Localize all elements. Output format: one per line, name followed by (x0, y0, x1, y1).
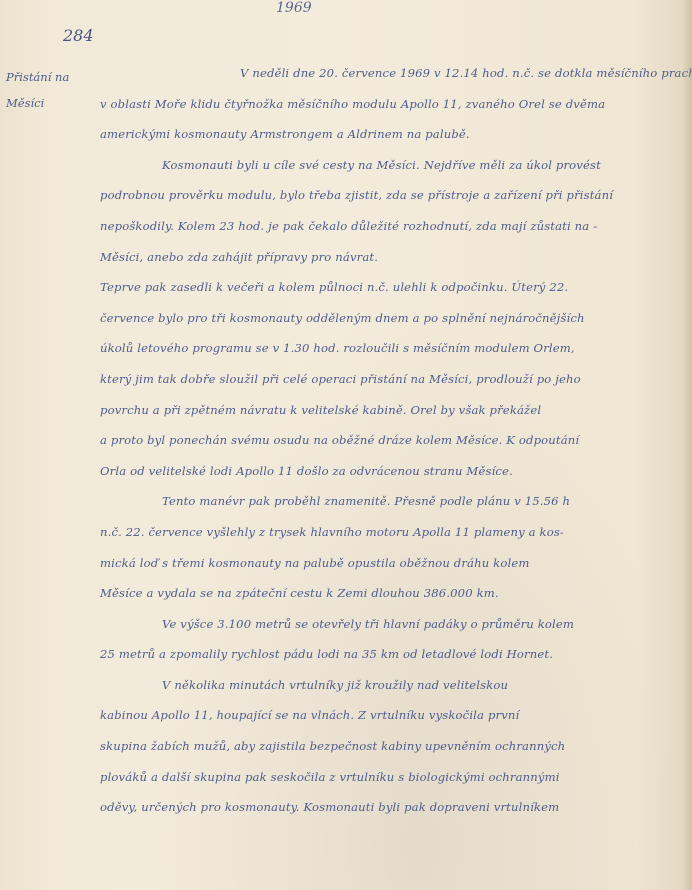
text-line: v oblasti Moře klidu čtyřnožka měsíčního… (100, 89, 680, 120)
text-line: nepoškodily. Kolem 23 hod. je pak čekalo… (100, 211, 680, 242)
text-line: americkými kosmonauty Armstrongem a Aldr… (100, 119, 680, 150)
text-line: mická loď s třemi kosmonauty na palubě o… (100, 548, 680, 579)
text-line: V několika minutách vrtulníky již krouži… (100, 670, 680, 701)
text-line: Kosmonauti byli u cíle své cesty na Měsí… (100, 150, 680, 181)
text-line: V neděli dne 20. července 1969 v 12.14 h… (100, 58, 680, 89)
text-line: Měsíce a vydala se na zpáteční cestu k Z… (100, 578, 680, 609)
page-number: 284 (63, 26, 94, 45)
text-line: skupina žabích mužů, aby zajistila bezpe… (100, 731, 680, 762)
text-line: července bylo pro tři kosmonauty oddělen… (100, 303, 680, 334)
text-line: 25 metrů a zpomalily rychlost pádu lodi … (100, 639, 680, 670)
text-line: kabinou Apollo 11, houpající se na vlnác… (100, 700, 680, 731)
margin-note: Přistání na Měsíci (6, 64, 86, 116)
chronicle-page: 1969 284 Přistání na Měsíci V neděli dne… (0, 0, 692, 890)
margin-note-line: Přistání na (6, 64, 86, 90)
text-line: plováků a další skupina pak seskočila z … (100, 762, 680, 793)
text-line: který jim tak dobře sloužil při celé ope… (100, 364, 680, 395)
text-line: úkolů letového programu se v 1.30 hod. r… (100, 333, 680, 364)
handwritten-body-text: V neděli dne 20. července 1969 v 12.14 h… (100, 58, 680, 823)
text-line: oděvy, určených pro kosmonauty. Kosmonau… (100, 792, 680, 823)
text-line: Ve výšce 3.100 metrů se otevřely tři hla… (100, 609, 680, 640)
text-line: Měsíci, anebo zda zahájit přípravy pro n… (100, 242, 680, 273)
text-line: n.č. 22. července vyšlehly z trysek hlav… (100, 517, 680, 548)
text-line: Orla od velitelské lodi Apollo 11 došlo … (100, 456, 680, 487)
text-line: Tento manévr pak proběhl znamenitě. Přes… (100, 486, 680, 517)
year-header: 1969 (276, 0, 312, 16)
text-line: povrchu a při zpětném návratu k velitels… (100, 395, 680, 426)
text-line: a proto byl ponechán svému osudu na oběž… (100, 425, 680, 456)
text-line: podrobnou prověrku modulu, bylo třeba zj… (100, 180, 680, 211)
text-line: Teprve pak zasedli k večeři a kolem půln… (100, 272, 680, 303)
margin-note-line: Měsíci (6, 90, 86, 116)
